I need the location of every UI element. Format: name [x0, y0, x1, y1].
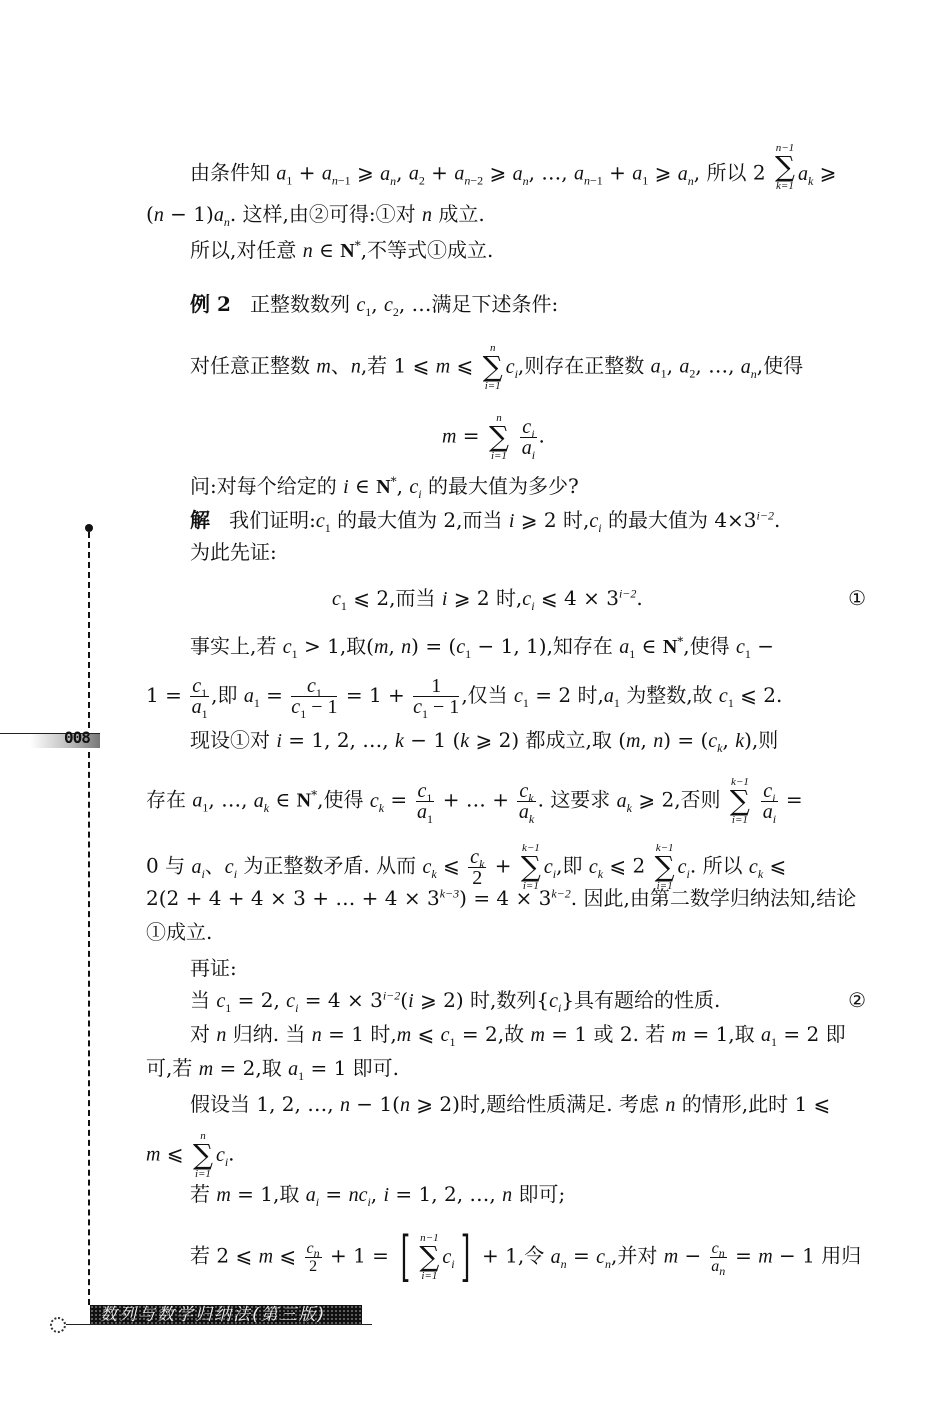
text-line: 为此先证: — [190, 540, 277, 564]
text-line: 所以,对任意 n ∈ N*,不等式①成立. — [190, 238, 493, 263]
page-number: 008 — [64, 728, 90, 747]
text-line: ①成立. — [146, 920, 212, 944]
example-heading: 例 2 正整数数列 c1, c2, …满足下述条件: — [190, 292, 558, 317]
text-line: 存在 a1, …, ak ∈ N*,使得 ck = c1a1 + … + cka… — [146, 776, 803, 826]
equation-number: ② — [848, 988, 866, 1012]
text-line: 事实上,若 c1 > 1,取(m, n) = (c1 − 1, 1),知存在 a… — [190, 634, 774, 659]
margin-dashed-line-lower — [88, 752, 90, 1305]
text-line: 假设当 1, 2, …, n − 1(n ⩾ 2)时,题给性质满足. 考虑 n … — [190, 1092, 830, 1117]
text-line: 对 n 归纳. 当 n = 1 时,m ⩽ c1 = 2,故 m = 1 或 2… — [190, 1022, 846, 1047]
text-line: 1 = c1a1,即 a1 = c1c1 − 1 = 1 + 1c1 − 1,仅… — [146, 676, 782, 717]
display-equation: c1 ⩽ 2,而当 i ⩾ 2 时,ci ⩽ 4 × 3i−2. — [332, 586, 643, 611]
text-line: 由条件知 a1 + an−1 ⩾ an, a2 + an−2 ⩾ an, …, … — [190, 156, 836, 192]
footer-circle-icon — [50, 1317, 66, 1333]
text-line: 现设①对 i = 1, 2, …, k − 1 (k ⩾ 2) 都成立,取 (m… — [190, 728, 778, 753]
text-line: 0 与 ai、ci 为正整数矛盾. 从而 ck ⩽ ck2 + k−1∑i=1c… — [146, 842, 786, 892]
text-line: 再证: — [190, 956, 237, 980]
footer-rule — [66, 1324, 372, 1325]
book-title: 数列与数学归纳法(第三版) — [100, 1305, 326, 1325]
text-line: 若 2 ⩽ m ⩽ cn2 + 1 = [n−1∑i=1ci] + 1,令 an… — [190, 1230, 861, 1284]
question: 问:对每个给定的 i ∈ N*, ci 的最大值为多少? — [190, 474, 579, 499]
text-line: 若 m = 1,取 ai = nci, i = 1, 2, …, n 即可; — [190, 1182, 565, 1207]
equation-number: ① — [848, 586, 866, 610]
display-equation: m = n∑i=1 ciai. — [442, 412, 545, 462]
text-line: 对任意正整数 m、n,若 1 ⩽ m ⩽ n∑i=1ci,则存在正整数 a1, … — [190, 342, 803, 392]
margin-dashed-line — [88, 532, 90, 728]
solution-line: 解 我们证明:c1 的最大值为 2,而当 i ⩾ 2 时,ci 的最大值为 4×… — [190, 508, 780, 533]
text-line: (n − 1)an. 这样,由②可得:①对 n 成立. — [146, 202, 485, 227]
text-line: m ⩽ n∑i=1ci. — [146, 1130, 235, 1180]
text-line: 可,若 m = 2,取 a1 = 1 即可. — [146, 1056, 399, 1081]
text-line: 2(2 + 4 + 4 × 3 + … + 4 × 3k−3) = 4 × 3k… — [146, 886, 856, 910]
text-line: 当 c1 = 2, ci = 4 × 3i−2(i ⩾ 2) 时,数列{ci}具… — [190, 988, 720, 1013]
margin-dot — [85, 524, 93, 532]
